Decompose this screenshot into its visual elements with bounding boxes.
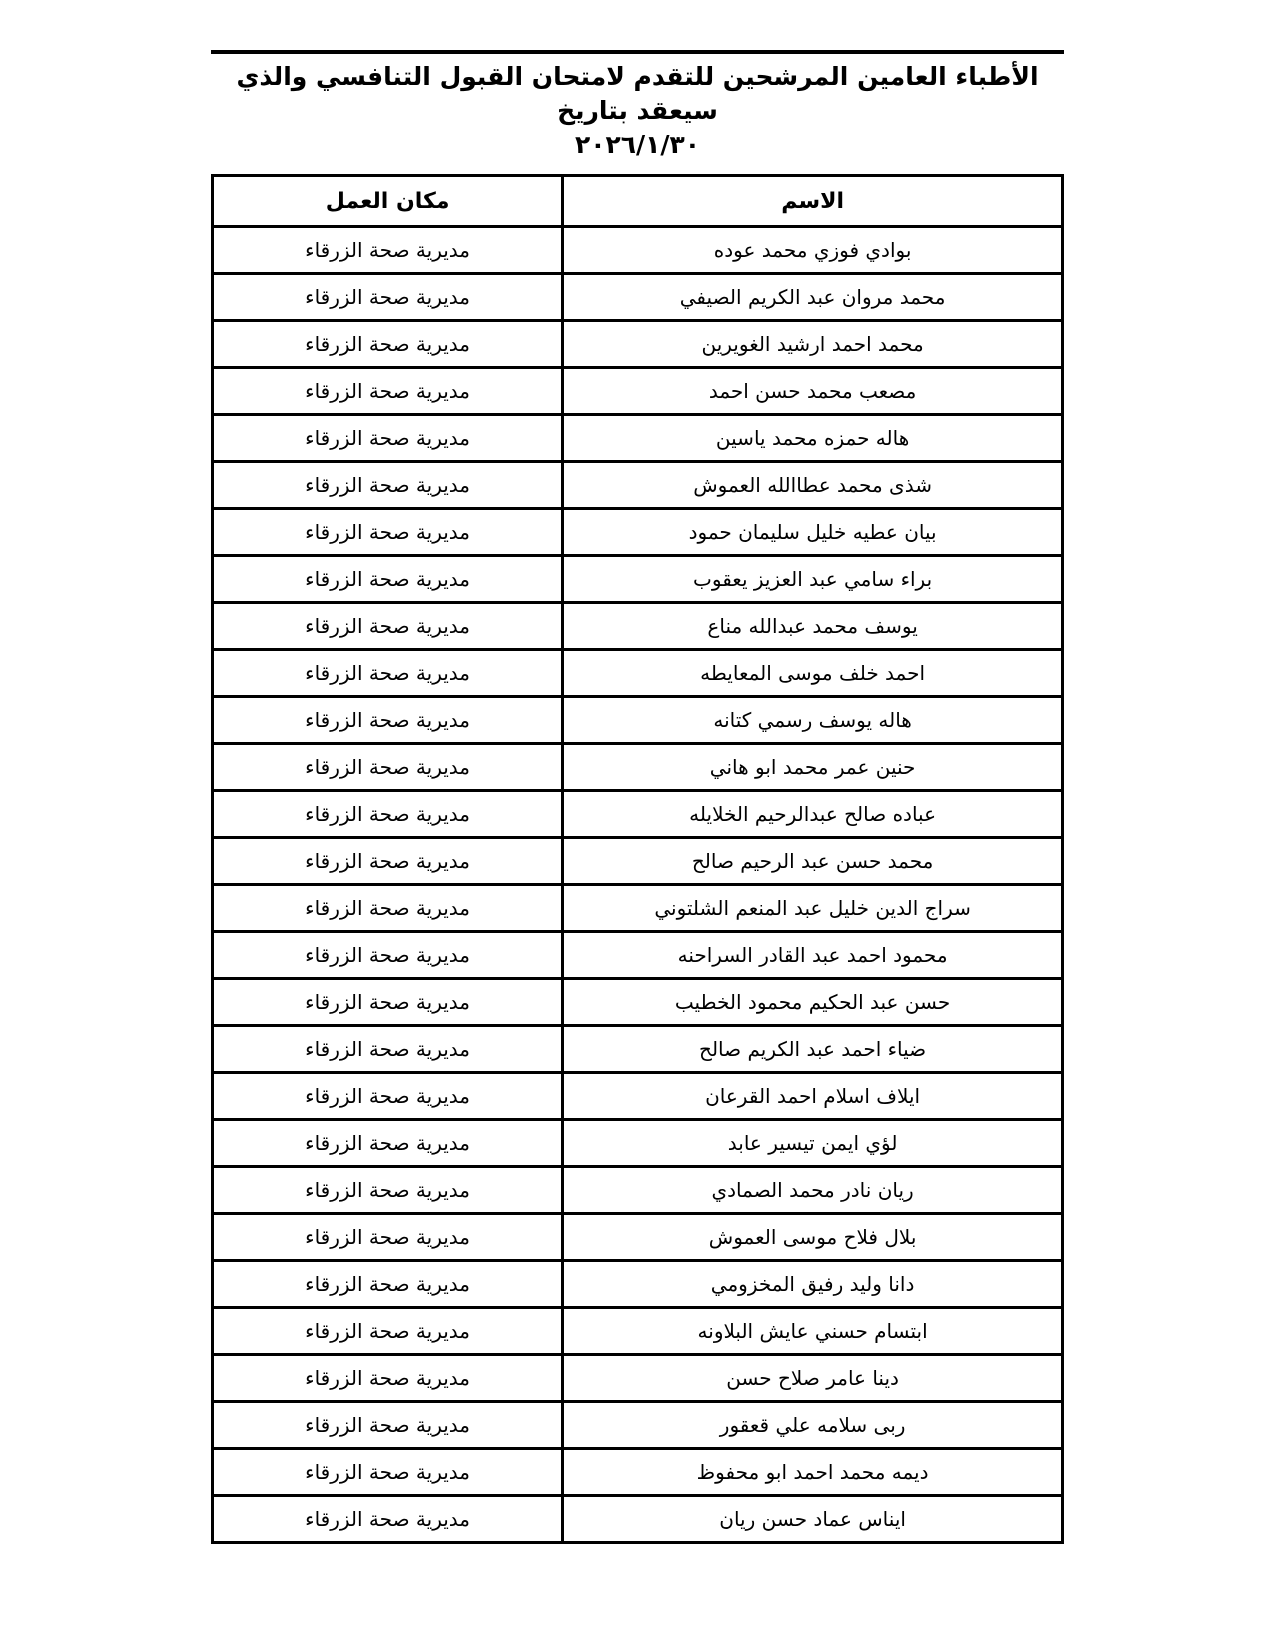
title-rule: [211, 50, 1064, 54]
table-row: حنين عمر محمد ابو هاني مديرية صحة الزرقا…: [213, 744, 1063, 791]
name-cell: عباده صالح عبدالرحيم الخلايله: [563, 791, 1063, 838]
table-row: ابتسام حسني عايش البلاونه مديرية صحة الز…: [213, 1308, 1063, 1355]
workplace-cell: مديرية صحة الزرقاء: [213, 462, 563, 509]
name-cell: محمد حسن عبد الرحيم صالح: [563, 838, 1063, 885]
document-title-text: الأطباء العامين المرشحين للتقدم لامتحان …: [211, 60, 1064, 128]
name-cell: مصعب محمد حسن احمد: [563, 368, 1063, 415]
table-row: محمد حسن عبد الرحيم صالح مديرية صحة الزر…: [213, 838, 1063, 885]
workplace-cell: مديرية صحة الزرقاء: [213, 1026, 563, 1073]
workplace-cell: مديرية صحة الزرقاء: [213, 1073, 563, 1120]
workplace-cell: مديرية صحة الزرقاء: [213, 368, 563, 415]
name-cell: شذى محمد عطاالله العموش: [563, 462, 1063, 509]
workplace-cell: مديرية صحة الزرقاء: [213, 791, 563, 838]
document-title-date: ٢٠٢٦/١/٣٠: [211, 128, 1064, 162]
name-cell: ايلاف اسلام احمد القرعان: [563, 1073, 1063, 1120]
name-cell: محمود احمد عبد القادر السراحنه: [563, 932, 1063, 979]
header-workplace: مكان العمل: [213, 176, 563, 227]
name-cell: دانا وليد رفيق المخزومي: [563, 1261, 1063, 1308]
table-row: دينا عامر صلاح حسن مديرية صحة الزرقاء: [213, 1355, 1063, 1402]
name-cell: ربى سلامه علي قعقور: [563, 1402, 1063, 1449]
document-content: الأطباء العامين المرشحين للتقدم لامتحان …: [211, 50, 1064, 1544]
workplace-cell: مديرية صحة الزرقاء: [213, 1120, 563, 1167]
workplace-cell: مديرية صحة الزرقاء: [213, 321, 563, 368]
workplace-cell: مديرية صحة الزرقاء: [213, 1496, 563, 1543]
table-row: شذى محمد عطاالله العموش مديرية صحة الزرق…: [213, 462, 1063, 509]
table-row: ديمه محمد احمد ابو محفوظ مديرية صحة الزر…: [213, 1449, 1063, 1496]
workplace-cell: مديرية صحة الزرقاء: [213, 885, 563, 932]
table-row: سراج الدين خليل عبد المنعم الشلتوني مدير…: [213, 885, 1063, 932]
name-cell: ريان نادر محمد الصمادي: [563, 1167, 1063, 1214]
table-row: ريان نادر محمد الصمادي مديرية صحة الزرقا…: [213, 1167, 1063, 1214]
name-cell: ابتسام حسني عايش البلاونه: [563, 1308, 1063, 1355]
name-cell: يوسف محمد عبدالله مناع: [563, 603, 1063, 650]
workplace-cell: مديرية صحة الزرقاء: [213, 227, 563, 274]
workplace-cell: مديرية صحة الزرقاء: [213, 979, 563, 1026]
workplace-cell: مديرية صحة الزرقاء: [213, 838, 563, 885]
table-row: حسن عبد الحكيم محمود الخطيب مديرية صحة ا…: [213, 979, 1063, 1026]
name-cell: ضياء احمد عبد الكريم صالح: [563, 1026, 1063, 1073]
name-cell: هاله يوسف رسمي كتانه: [563, 697, 1063, 744]
workplace-cell: مديرية صحة الزرقاء: [213, 932, 563, 979]
workplace-cell: مديرية صحة الزرقاء: [213, 509, 563, 556]
table-row: محمد احمد ارشيد الغويرين مديرية صحة الزر…: [213, 321, 1063, 368]
workplace-cell: مديرية صحة الزرقاء: [213, 1214, 563, 1261]
table-header-row: الاسم مكان العمل: [213, 176, 1063, 227]
workplace-cell: مديرية صحة الزرقاء: [213, 556, 563, 603]
table-row: ايلاف اسلام احمد القرعان مديرية صحة الزر…: [213, 1073, 1063, 1120]
name-cell: بلال فلاح موسى العموش: [563, 1214, 1063, 1261]
table-row: يوسف محمد عبدالله مناع مديرية صحة الزرقا…: [213, 603, 1063, 650]
table-row: محمود احمد عبد القادر السراحنه مديرية صح…: [213, 932, 1063, 979]
workplace-cell: مديرية صحة الزرقاء: [213, 274, 563, 321]
table-row: براء سامي عبد العزيز يعقوب مديرية صحة ال…: [213, 556, 1063, 603]
table-row: دانا وليد رفيق المخزومي مديرية صحة الزرق…: [213, 1261, 1063, 1308]
workplace-cell: مديرية صحة الزرقاء: [213, 1402, 563, 1449]
table-row: محمد مروان عبد الكريم الصيفي مديرية صحة …: [213, 274, 1063, 321]
table-row: هاله يوسف رسمي كتانه مديرية صحة الزرقاء: [213, 697, 1063, 744]
table-row: عباده صالح عبدالرحيم الخلايله مديرية صحة…: [213, 791, 1063, 838]
table-row: احمد خلف موسى المعايطه مديرية صحة الزرقا…: [213, 650, 1063, 697]
table-row: ضياء احمد عبد الكريم صالح مديرية صحة الز…: [213, 1026, 1063, 1073]
table-row: بوادي فوزي محمد عوده مديرية صحة الزرقاء: [213, 227, 1063, 274]
table-row: هاله حمزه محمد ياسين مديرية صحة الزرقاء: [213, 415, 1063, 462]
workplace-cell: مديرية صحة الزرقاء: [213, 697, 563, 744]
name-cell: دينا عامر صلاح حسن: [563, 1355, 1063, 1402]
name-cell: بوادي فوزي محمد عوده: [563, 227, 1063, 274]
workplace-cell: مديرية صحة الزرقاء: [213, 1308, 563, 1355]
workplace-cell: مديرية صحة الزرقاء: [213, 1449, 563, 1496]
name-cell: احمد خلف موسى المعايطه: [563, 650, 1063, 697]
workplace-cell: مديرية صحة الزرقاء: [213, 603, 563, 650]
name-cell: لؤي ايمن تيسير عابد: [563, 1120, 1063, 1167]
name-cell: ايناس عماد حسن ريان: [563, 1496, 1063, 1543]
table-row: لؤي ايمن تيسير عابد مديرية صحة الزرقاء: [213, 1120, 1063, 1167]
workplace-cell: مديرية صحة الزرقاء: [213, 1355, 563, 1402]
name-cell: محمد احمد ارشيد الغويرين: [563, 321, 1063, 368]
table-row: ايناس عماد حسن ريان مديرية صحة الزرقاء: [213, 1496, 1063, 1543]
name-cell: محمد مروان عبد الكريم الصيفي: [563, 274, 1063, 321]
name-cell: براء سامي عبد العزيز يعقوب: [563, 556, 1063, 603]
table-row: بلال فلاح موسى العموش مديرية صحة الزرقاء: [213, 1214, 1063, 1261]
document-title: الأطباء العامين المرشحين للتقدم لامتحان …: [211, 60, 1064, 162]
name-cell: حسن عبد الحكيم محمود الخطيب: [563, 979, 1063, 1026]
table-body: بوادي فوزي محمد عوده مديرية صحة الزرقاء …: [213, 227, 1063, 1543]
name-cell: هاله حمزه محمد ياسين: [563, 415, 1063, 462]
candidates-table: الاسم مكان العمل بوادي فوزي محمد عوده مد…: [211, 174, 1064, 1544]
table-row: مصعب محمد حسن احمد مديرية صحة الزرقاء: [213, 368, 1063, 415]
name-cell: بيان عطيه خليل سليمان حمود: [563, 509, 1063, 556]
workplace-cell: مديرية صحة الزرقاء: [213, 415, 563, 462]
name-cell: حنين عمر محمد ابو هاني: [563, 744, 1063, 791]
name-cell: ديمه محمد احمد ابو محفوظ: [563, 1449, 1063, 1496]
table-row: بيان عطيه خليل سليمان حمود مديرية صحة ال…: [213, 509, 1063, 556]
workplace-cell: مديرية صحة الزرقاء: [213, 1261, 563, 1308]
workplace-cell: مديرية صحة الزرقاء: [213, 650, 563, 697]
header-name: الاسم: [563, 176, 1063, 227]
table-row: ربى سلامه علي قعقور مديرية صحة الزرقاء: [213, 1402, 1063, 1449]
workplace-cell: مديرية صحة الزرقاء: [213, 1167, 563, 1214]
document-page: الأطباء العامين المرشحين للتقدم لامتحان …: [0, 0, 1275, 1650]
name-cell: سراج الدين خليل عبد المنعم الشلتوني: [563, 885, 1063, 932]
workplace-cell: مديرية صحة الزرقاء: [213, 744, 563, 791]
